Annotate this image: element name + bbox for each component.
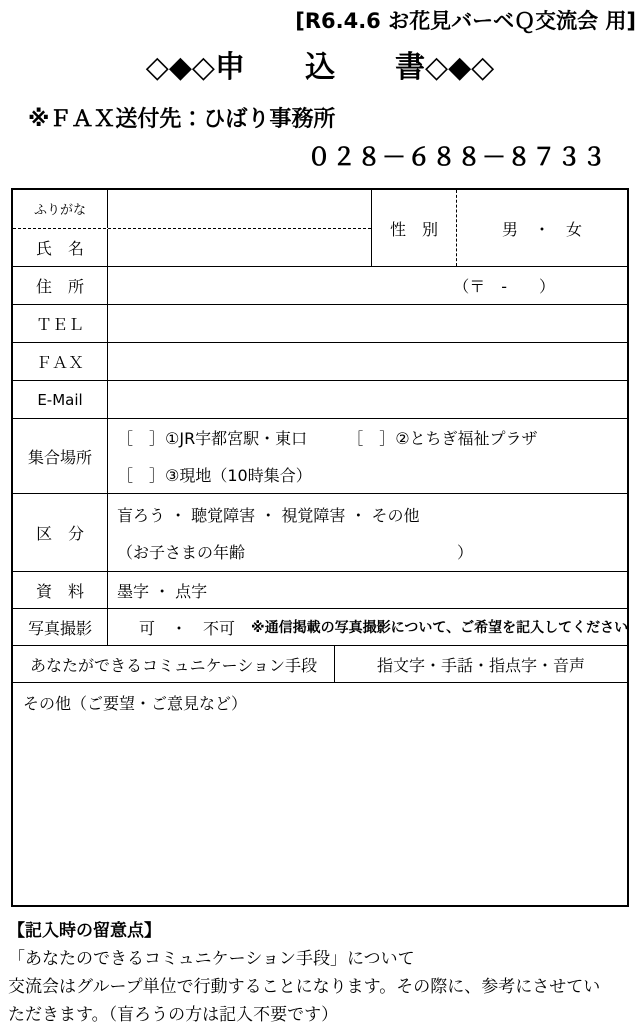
furigana-input-area bbox=[108, 190, 371, 228]
name-input-area bbox=[108, 229, 371, 267]
furigana-subrow: ふりがな bbox=[13, 190, 371, 229]
meeting-option-1: ［ ］①JR宇都宮駅・東口 bbox=[117, 426, 307, 449]
note-line-3: ただきます。（盲ろうの方は記入不要です） bbox=[8, 1001, 636, 1029]
other-label: その他（ご要望・ご意見など） bbox=[23, 694, 247, 713]
footer-notes: 【記入時の留意点】 「あなたのできるコミュニケーション手段」について 交流会はグ… bbox=[8, 917, 636, 1029]
postal-code-placeholder: （〒 - ） bbox=[108, 267, 627, 304]
note-line-1: 「あなたのできるコミュニケーション手段」について bbox=[8, 945, 636, 973]
name-subrow: 氏 名 bbox=[13, 229, 371, 267]
name-block: ふりがな 氏 名 bbox=[13, 190, 372, 266]
communication-row: あなたができるコミュニケーション手段 指文字・手話・指点字・音声 bbox=[13, 646, 627, 683]
gender-label: 性 別 bbox=[372, 190, 457, 266]
meeting-place-row: 集合場所 ［ ］①JR宇都宮駅・東口 ［ ］②とちぎ福祉プラザ ［ ］③現地（1… bbox=[13, 419, 627, 494]
email-row: E-Mail bbox=[13, 381, 627, 419]
fax-label: ＦＡＸ bbox=[13, 343, 108, 380]
notes-title: 【記入時の留意点】 bbox=[8, 917, 636, 945]
page-title: ◇◆◇申 込 書◇◆◇ bbox=[0, 42, 640, 86]
category-choices: 盲ろう ・ 聴覚障害 ・ 視覚障害 ・ その他 bbox=[117, 503, 420, 526]
event-tag: [R6.4.6 お花見バーベＱ交流会 用] bbox=[295, 5, 636, 35]
meeting-options-line2: ［ ］③現地（10時集合） bbox=[108, 456, 627, 493]
email-label: E-Mail bbox=[13, 381, 108, 418]
material-options: 墨字 ・ 点字 bbox=[108, 572, 627, 608]
meeting-option-3: ［ ］③現地（10時集合） bbox=[117, 463, 312, 486]
address-row: 住 所 （〒 - ） bbox=[13, 267, 627, 305]
address-label: 住 所 bbox=[13, 267, 108, 304]
meeting-options-line1: ［ ］①JR宇都宮駅・東口 ［ ］②とちぎ福祉プラザ bbox=[108, 419, 627, 456]
furigana-label: ふりがな bbox=[13, 190, 108, 228]
category-options-line: 盲ろう ・ 聴覚障害 ・ 視覚障害 ・ その他 bbox=[108, 496, 627, 533]
fax-destination-label: ※ＦＡＸ送付先：ひばり事務所 bbox=[28, 102, 335, 133]
photo-row: 写真撮影 可 ・ 不可 ※通信掲載の写真撮影について、ご希望を記入してください bbox=[13, 609, 627, 646]
tel-label: ＴＥＬ bbox=[13, 305, 108, 342]
meeting-option-2: ［ ］②とちぎ福祉プラザ bbox=[347, 426, 537, 449]
meeting-place-options: ［ ］①JR宇都宮駅・東口 ［ ］②とちぎ福祉プラザ ［ ］③現地（10時集合） bbox=[108, 419, 627, 493]
category-row: 区 分 盲ろう ・ 聴覚障害 ・ 視覚障害 ・ その他 （お子さまの年齢 ） bbox=[13, 494, 627, 572]
email-input-area bbox=[108, 381, 627, 418]
material-label: 資 料 bbox=[13, 572, 108, 608]
tel-input-area bbox=[108, 305, 627, 342]
application-form-document: [R6.4.6 お花見バーベＱ交流会 用] ◇◆◇申 込 書◇◆◇ ※ＦＡＸ送付… bbox=[0, 0, 640, 1030]
children-age-field: （お子さまの年齢 ） bbox=[117, 540, 473, 563]
other-row: その他（ご要望・ご意見など） bbox=[13, 683, 627, 905]
photo-label: 写真撮影 bbox=[13, 609, 108, 645]
application-form-table: ふりがな 氏 名 性 別 男 ・ 女 住 所 （〒 - ） ＴＥＬ ＦＡＸ bbox=[11, 188, 629, 907]
communication-label: あなたができるコミュニケーション手段 bbox=[13, 646, 335, 682]
gender-options: 男 ・ 女 bbox=[457, 190, 627, 266]
fax-number: ０２８－６８８－８７３３ bbox=[307, 137, 607, 172]
tel-row: ＴＥＬ bbox=[13, 305, 627, 343]
fax-row: ＦＡＸ bbox=[13, 343, 627, 381]
photo-options-cell: 可 ・ 不可 ※通信掲載の写真撮影について、ご希望を記入してください bbox=[108, 609, 628, 645]
name-label: 氏 名 bbox=[13, 229, 108, 267]
fax-input-area bbox=[108, 343, 627, 380]
name-row: ふりがな 氏 名 性 別 男 ・ 女 bbox=[13, 190, 627, 267]
material-row: 資 料 墨字 ・ 点字 bbox=[13, 572, 627, 609]
photo-options: 可 ・ 不可 bbox=[117, 616, 235, 639]
meeting-place-label: 集合場所 bbox=[13, 419, 108, 493]
children-age-close: ） bbox=[457, 540, 473, 563]
category-label: 区 分 bbox=[13, 494, 108, 571]
category-children-line: （お子さまの年齢 ） bbox=[108, 533, 627, 570]
category-options: 盲ろう ・ 聴覚障害 ・ 視覚障害 ・ その他 （お子さまの年齢 ） bbox=[108, 494, 627, 571]
note-line-2: 交流会はグループ単位で行動することになります。その際に、参考にさせてい bbox=[8, 973, 636, 1001]
photo-note: ※通信掲載の写真撮影について、ご希望を記入してください bbox=[251, 617, 628, 637]
communication-options: 指文字・手話・指点字・音声 bbox=[335, 646, 627, 682]
children-age-open: （お子さまの年齢 bbox=[117, 540, 245, 563]
